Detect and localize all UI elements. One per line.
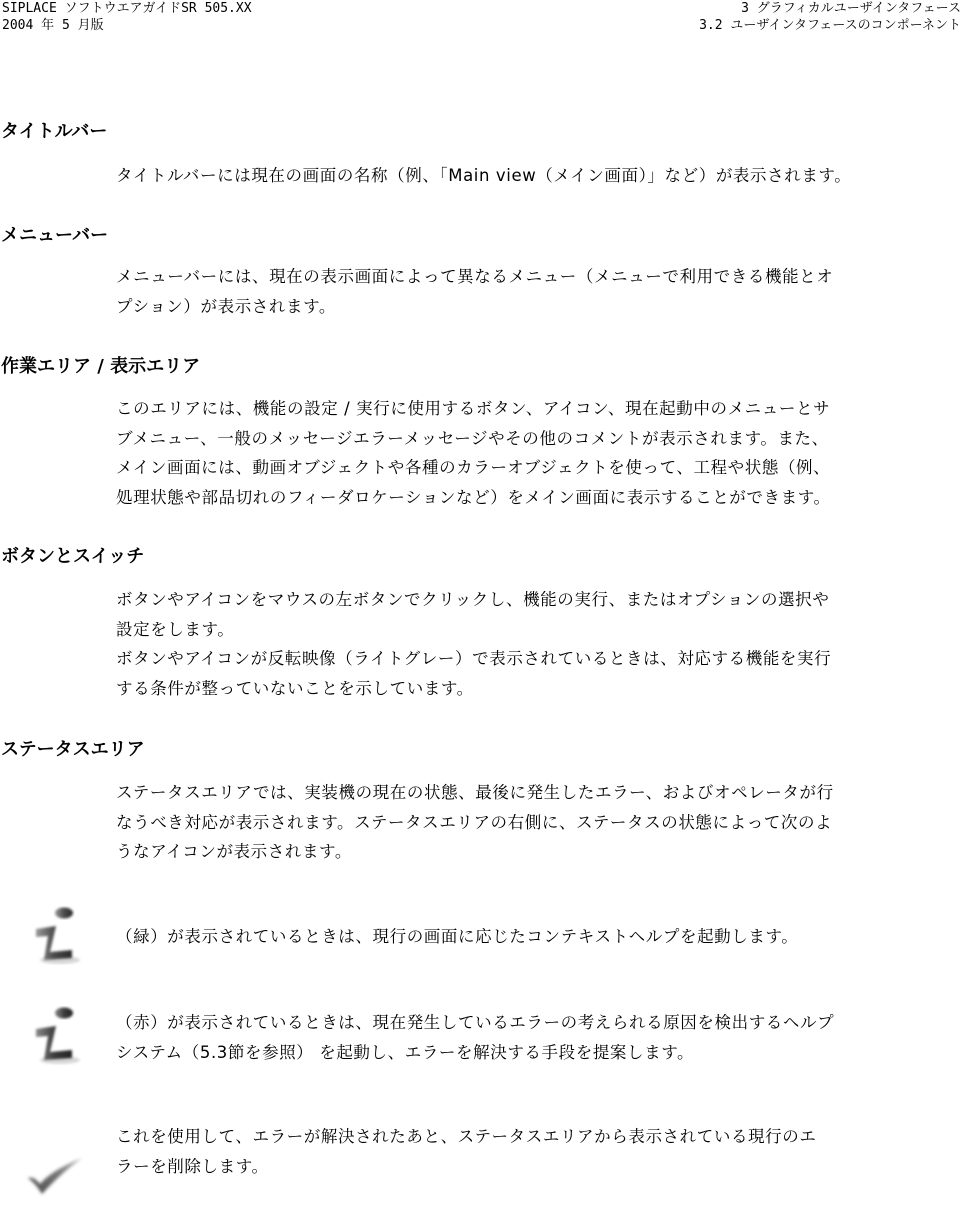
text-line: する条件が整っていないことを示しています。	[116, 674, 961, 704]
heading-status-area: ステータスエリア	[1, 739, 145, 761]
text-line: メイン画面には、動画オブジェクトや各種のカラーオブジェクトを使って、工程や状態（…	[116, 453, 961, 483]
heading-buttons-switches: ボタンとスイッチ	[1, 546, 144, 568]
text-line: ステータスエリアでは、実装機の現在の状態、最後に発生したエラー、およびオペレータ…	[116, 778, 961, 808]
heading-menu-bar: メニューバー	[1, 225, 108, 247]
text-line: （緑）が表示されているときは、現行の画面に応じたコンテキストヘルプを起動します。	[116, 922, 961, 952]
paragraph-work-area: このエリアには、機能の設定 / 実行に使用するボタン、アイコン、現在起動中のメニ…	[116, 394, 961, 512]
document-title: SIPLACE ソフトウエアガイドSR 505.XX	[2, 0, 252, 17]
paragraph-buttons-switches: ボタンやアイコンをマウスの左ボタンでクリックし、機能の実行、またはオプションの選…	[116, 585, 961, 703]
page-header-left: SIPLACE ソフトウエアガイドSR 505.XX 2004 年 5 月版	[2, 0, 252, 34]
text-line: タイトルバーには現在の画面の名称（例、「Main view（メイン画面）」など）…	[116, 161, 961, 191]
text-line: 設定をします。	[116, 615, 961, 645]
checkmark-icon	[22, 1148, 90, 1204]
text-line: （赤）が表示されているときは、現在発生しているエラーの考えられる原因を検出するヘ…	[116, 1008, 961, 1038]
text-line: ボタンやアイコンをマウスの左ボタンでクリックし、機能の実行、またはオプションの選…	[116, 585, 961, 615]
text-line: システム（5.3節を参照） を起動し、エラーを解決する手段を提案します。	[116, 1038, 961, 1068]
page-header-right: 3 グラフィカルユーザインタフェース 3.2 ユーザインタフェースのコンポーネン…	[699, 0, 961, 34]
text-line: これを使用して、エラーが解決されたあと、ステータスエリアから表示されている現行の…	[116, 1122, 961, 1152]
paragraph-info-green: （緑）が表示されているときは、現行の画面に応じたコンテキストヘルプを起動します。	[116, 922, 961, 952]
text-line: 処理状態や部品切れのフィーダロケーションなど）をメイン画面に表示することができま…	[116, 483, 961, 513]
chapter-title: 3 グラフィカルユーザインタフェース	[699, 0, 961, 17]
paragraph-menu-bar: メニューバーには、現在の表示画面によって異なるメニュー（メニューで利用できる機能…	[116, 262, 961, 321]
text-line: なうべき対応が表示されます。ステータスエリアの右側に、ステータスの状態によって次…	[116, 808, 961, 838]
paragraph-status-area: ステータスエリアでは、実装機の現在の状態、最後に発生したエラー、およびオペレータ…	[116, 778, 961, 867]
paragraph-checkmark: これを使用して、エラーが解決されたあと、ステータスエリアから表示されている現行の…	[116, 1122, 961, 1181]
document-date: 2004 年 5 月版	[2, 17, 252, 34]
heading-title-bar: タイトルバー	[1, 121, 107, 143]
info-icon	[28, 902, 88, 968]
text-line: ラーを削除します。	[116, 1152, 961, 1182]
text-line: メニューバーには、現在の表示画面によって異なるメニュー（メニューで利用できる機能…	[116, 262, 961, 292]
heading-work-area: 作業エリア / 表示エリア	[1, 356, 200, 378]
paragraph-title-bar: タイトルバーには現在の画面の名称（例、「Main view（メイン画面）」など）…	[116, 161, 961, 191]
text-line: ブメニュー、一般のメッセージエラーメッセージやその他のコメントが表示されます。ま…	[116, 424, 961, 454]
paragraph-info-red: （赤）が表示されているときは、現在発生しているエラーの考えられる原因を検出するヘ…	[116, 1008, 961, 1067]
text-line: このエリアには、機能の設定 / 実行に使用するボタン、アイコン、現在起動中のメニ…	[116, 394, 961, 424]
section-title: 3.2 ユーザインタフェースのコンポーネント	[699, 17, 961, 34]
text-line: プション）が表示されます。	[116, 292, 961, 322]
text-line: ボタンやアイコンが反転映像（ライトグレー）で表示されているときは、対応する機能を…	[116, 644, 961, 674]
info-icon	[28, 1002, 88, 1068]
text-line: うなアイコンが表示されます。	[116, 837, 961, 867]
